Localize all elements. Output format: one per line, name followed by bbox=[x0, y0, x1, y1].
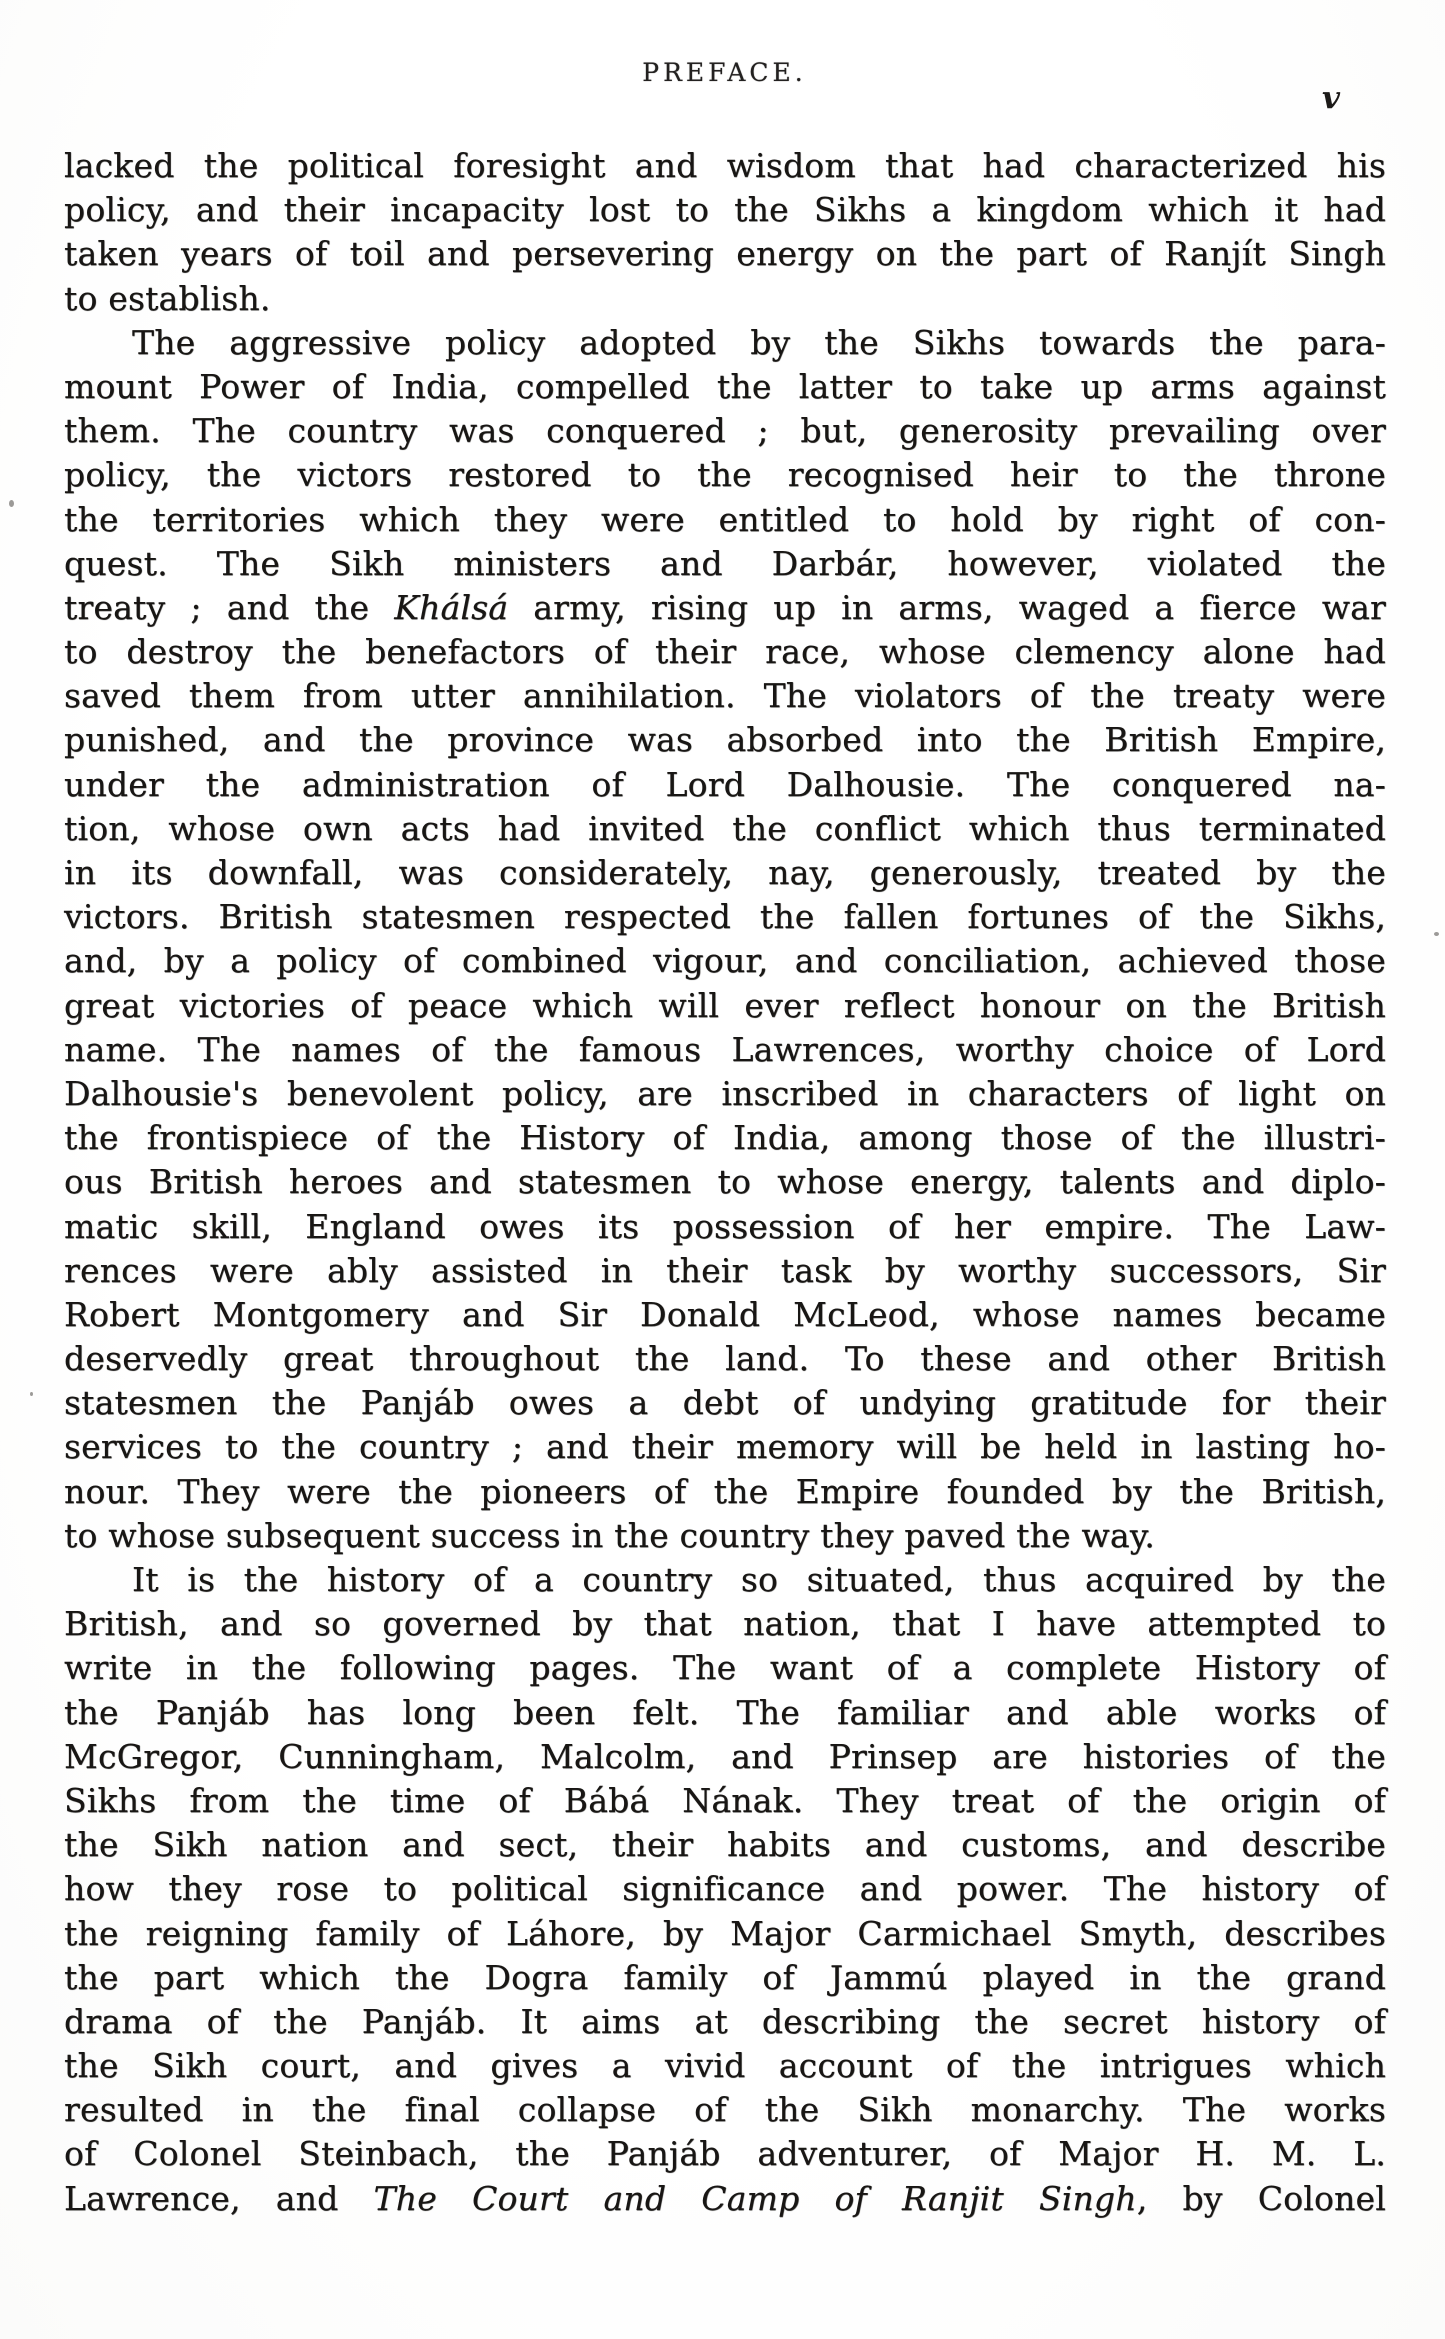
text-segment: , by Colonel bbox=[1137, 2179, 1386, 2218]
text-line: the part which the Dogra family of Jammú… bbox=[64, 1956, 1386, 2000]
italic-text: Khálsá bbox=[394, 588, 508, 627]
text-line: statesmen the Panjáb owes a debt of undy… bbox=[64, 1381, 1386, 1425]
text-line: The aggressive policy adopted by the Sik… bbox=[64, 321, 1386, 365]
text-segment: great victories of peace which will ever… bbox=[64, 986, 1386, 1025]
text-segment: resulted in the final collapse of the Si… bbox=[64, 2090, 1386, 2129]
text-segment: The aggressive policy adopted by the Sik… bbox=[132, 323, 1386, 362]
text-line: under the administration of Lord Dalhous… bbox=[64, 763, 1386, 807]
text-line: the territories which they were entitled… bbox=[64, 498, 1386, 542]
text-segment: mount Power of India, compelled the latt… bbox=[64, 367, 1386, 406]
text-segment: ous British heroes and statesmen to whos… bbox=[64, 1162, 1386, 1201]
text-line: nour. They were the pioneers of the Empi… bbox=[64, 1470, 1386, 1514]
text-line: saved them from utter annihilation. The … bbox=[64, 674, 1386, 718]
text-line: mount Power of India, compelled the latt… bbox=[64, 365, 1386, 409]
text-line: Lawrence, and The Court and Camp of Ranj… bbox=[64, 2177, 1386, 2221]
text-line: Dalhousie's benevolent policy, are inscr… bbox=[64, 1072, 1386, 1116]
text-segment: quest. The Sikh ministers and Darbár, ho… bbox=[64, 544, 1386, 583]
text-segment: Lawrence, and bbox=[64, 2179, 374, 2218]
scan-speck bbox=[30, 1392, 33, 1396]
text-segment: McGregor, Cunningham, Malcolm, and Prins… bbox=[64, 1737, 1386, 1776]
text-line: the reigning family of Láhore, by Major … bbox=[64, 1912, 1386, 1956]
text-segment: Dalhousie's benevolent policy, are inscr… bbox=[64, 1074, 1386, 1113]
text-segment: rences were ably assisted in their task … bbox=[64, 1251, 1386, 1290]
text-line: policy, the victors restored to the reco… bbox=[64, 453, 1386, 497]
text-line: write in the following pages. The want o… bbox=[64, 1646, 1386, 1690]
text-line: rences were ably assisted in their task … bbox=[64, 1249, 1386, 1293]
text-line: name. The names of the famous Lawrences,… bbox=[64, 1028, 1386, 1072]
text-segment: under the administration of Lord Dalhous… bbox=[64, 765, 1386, 804]
text-segment: to destroy the benefactors of their race… bbox=[64, 632, 1386, 671]
text-line: the Sikh nation and sect, their habits a… bbox=[64, 1823, 1386, 1867]
text-line: of Colonel Steinbach, the Panjáb adventu… bbox=[64, 2132, 1386, 2176]
text-segment: statesmen the Panjáb owes a debt of undy… bbox=[64, 1383, 1386, 1422]
text-line: and, by a policy of combined vigour, and… bbox=[64, 939, 1386, 983]
text-line: It is the history of a country so situat… bbox=[64, 1558, 1386, 1602]
scan-speck bbox=[1434, 932, 1439, 936]
text-segment: deservedly great throughout the land. To… bbox=[64, 1339, 1386, 1378]
text-line: ous British heroes and statesmen to whos… bbox=[64, 1160, 1386, 1204]
text-segment: nour. They were the pioneers of the Empi… bbox=[64, 1472, 1386, 1511]
scan-speck bbox=[9, 500, 14, 507]
text-segment: saved them from utter annihilation. The … bbox=[64, 676, 1386, 715]
text-line: the Panjáb has long been felt. The famil… bbox=[64, 1691, 1386, 1735]
text-segment: the territories which they were entitled… bbox=[64, 500, 1386, 539]
italic-text: The Court and Camp of Ranjit Singh bbox=[374, 2179, 1137, 2218]
page-title: PREFACE. bbox=[64, 58, 1385, 87]
text-segment: drama of the Panjáb. It aims at describi… bbox=[64, 2002, 1386, 2041]
text-line: Sikhs from the time of Bábá Nának. They … bbox=[64, 1779, 1386, 1823]
text-line: how they rose to political significance … bbox=[64, 1867, 1386, 1911]
text-segment: army, rising up in arms, waged a fierce … bbox=[508, 588, 1386, 627]
text-segment: how they rose to political significance … bbox=[64, 1869, 1386, 1908]
text-segment: the part which the Dogra family of Jammú… bbox=[64, 1958, 1386, 1997]
text-segment: taken years of toil and persevering ener… bbox=[64, 234, 1386, 273]
text-line: them. The country was conquered ; but, g… bbox=[64, 409, 1386, 453]
text-segment: Sikhs from the time of Bábá Nának. They … bbox=[64, 1781, 1386, 1820]
text-segment: victors. British statesmen respected the… bbox=[64, 897, 1386, 936]
text-line: to establish. bbox=[64, 277, 1386, 321]
text-line: tion, whose own acts had invited the con… bbox=[64, 807, 1386, 851]
text-line: British, and so governed by that nation,… bbox=[64, 1602, 1386, 1646]
text-line: to whose subsequent success in the count… bbox=[64, 1514, 1386, 1558]
text-segment: the frontispiece of the History of India… bbox=[64, 1118, 1386, 1157]
text-line: drama of the Panjáb. It aims at describi… bbox=[64, 2000, 1386, 2044]
text-segment: write in the following pages. The want o… bbox=[64, 1648, 1386, 1687]
text-line: great victories of peace which will ever… bbox=[64, 984, 1386, 1028]
text-line: matic skill, England owes its possession… bbox=[64, 1205, 1386, 1249]
book-page: PREFACE. v lacked the political foresigh… bbox=[0, 0, 1445, 2339]
text-segment: lacked the political foresight and wisdo… bbox=[64, 146, 1386, 185]
text-line: deservedly great throughout the land. To… bbox=[64, 1337, 1386, 1381]
text-line: punished, and the province was absorbed … bbox=[64, 718, 1386, 762]
text-segment: the Sikh court, and gives a vivid accoun… bbox=[64, 2046, 1386, 2085]
text-segment: Robert Montgomery and Sir Donald McLeod,… bbox=[64, 1295, 1386, 1334]
text-segment: the Sikh nation and sect, their habits a… bbox=[64, 1825, 1386, 1864]
text-segment: and, by a policy of combined vigour, and… bbox=[64, 941, 1386, 980]
text-line: to destroy the benefactors of their race… bbox=[64, 630, 1386, 674]
text-line: lacked the political foresight and wisdo… bbox=[64, 144, 1386, 188]
text-segment: matic skill, England owes its possession… bbox=[64, 1207, 1386, 1246]
text-line: in its downfall, was considerately, nay,… bbox=[64, 851, 1386, 895]
text-segment: tion, whose own acts had invited the con… bbox=[64, 809, 1386, 848]
text-line: policy, and their incapacity lost to the… bbox=[64, 188, 1386, 232]
text-segment: British, and so governed by that nation,… bbox=[64, 1604, 1386, 1643]
text-line: services to the country ; and their memo… bbox=[64, 1425, 1386, 1469]
text-line: the Sikh court, and gives a vivid accoun… bbox=[64, 2044, 1386, 2088]
text-line: Robert Montgomery and Sir Donald McLeod,… bbox=[64, 1293, 1386, 1337]
text-segment: to whose subsequent success in the count… bbox=[64, 1516, 1155, 1555]
text-segment: name. The names of the famous Lawrences,… bbox=[64, 1030, 1386, 1069]
text-segment: It is the history of a country so situat… bbox=[132, 1560, 1386, 1599]
text-segment: treaty ; and the bbox=[64, 588, 394, 627]
text-line: taken years of toil and persevering ener… bbox=[64, 232, 1386, 276]
page-number: v bbox=[1322, 80, 1340, 116]
text-segment: punished, and the province was absorbed … bbox=[64, 720, 1386, 759]
text-segment: the Panjáb has long been felt. The famil… bbox=[64, 1693, 1386, 1732]
text-line: victors. British statesmen respected the… bbox=[64, 895, 1386, 939]
text-segment: policy, the victors restored to the reco… bbox=[64, 455, 1386, 494]
text-line: quest. The Sikh ministers and Darbár, ho… bbox=[64, 542, 1386, 586]
text-segment: of Colonel Steinbach, the Panjáb adventu… bbox=[64, 2134, 1386, 2173]
page-header: PREFACE. v bbox=[64, 58, 1385, 128]
text-segment: policy, and their incapacity lost to the… bbox=[64, 190, 1386, 229]
text-line: the frontispiece of the History of India… bbox=[64, 1116, 1386, 1160]
text-line: resulted in the final collapse of the Si… bbox=[64, 2088, 1386, 2132]
text-segment: in its downfall, was considerately, nay,… bbox=[64, 853, 1386, 892]
text-segment: the reigning family of Láhore, by Major … bbox=[64, 1914, 1386, 1953]
text-line: treaty ; and the Khálsá army, rising up … bbox=[64, 586, 1386, 630]
text-segment: them. The country was conquered ; but, g… bbox=[64, 411, 1386, 450]
text-segment: services to the country ; and their memo… bbox=[64, 1427, 1386, 1466]
text-segment: to establish. bbox=[64, 279, 271, 318]
text-line: McGregor, Cunningham, Malcolm, and Prins… bbox=[64, 1735, 1386, 1779]
text-body: lacked the political foresight and wisdo… bbox=[64, 144, 1386, 2221]
